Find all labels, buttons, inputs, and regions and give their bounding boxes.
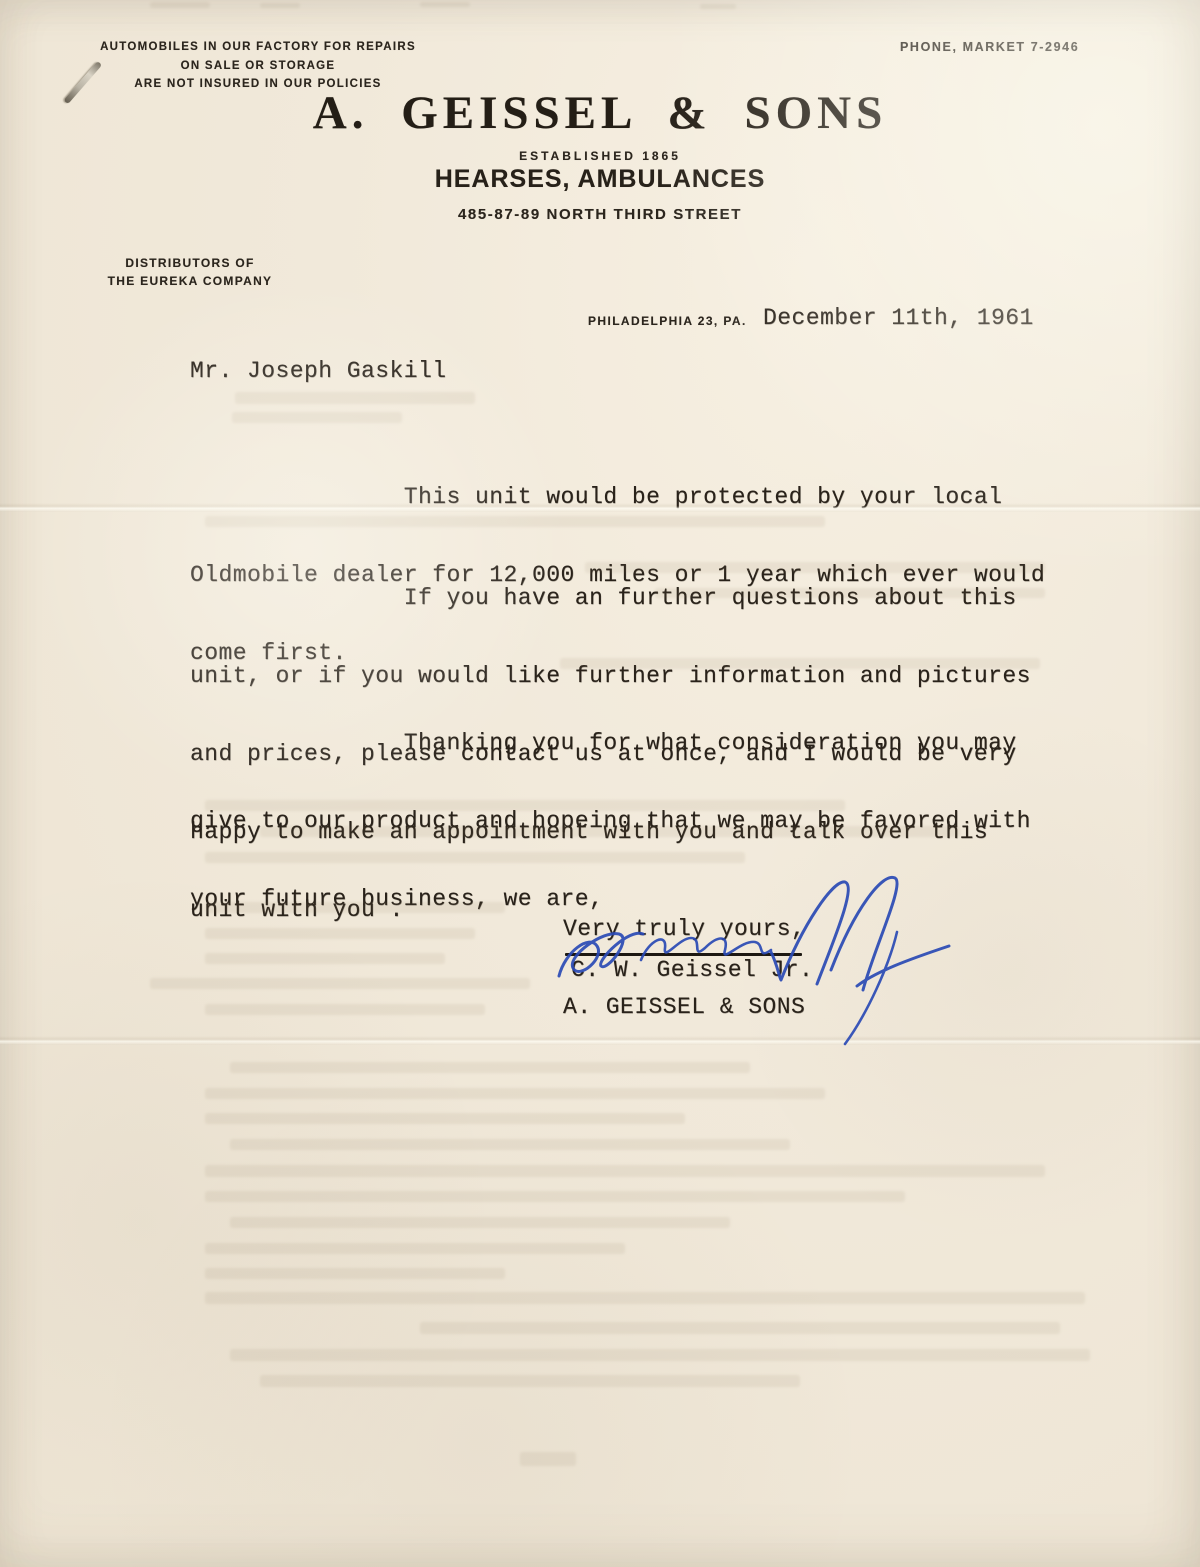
- bleed-through-mark: [230, 1349, 1090, 1361]
- bleed-through-mark: [520, 1452, 576, 1466]
- established-line: ESTABLISHED 1865: [0, 149, 1200, 163]
- phone-number: PHONE, MARKET 7-2946: [900, 40, 1079, 54]
- bleed-through-mark: [230, 1139, 790, 1150]
- letter-page: AUTOMOBILES IN OUR FACTORY FOR REPAIRS O…: [0, 0, 1200, 1567]
- bleed-through-mark: [205, 1088, 825, 1099]
- body-line: Thanking you for what consideration you …: [190, 730, 1031, 756]
- body-line: If you have an further questions about t…: [190, 585, 1031, 611]
- business-type-line: HEARSES, AMBULANCES: [0, 165, 1200, 194]
- distributor-line-2: THE EUREKA COMPANY: [95, 272, 285, 290]
- bleed-through-mark: [205, 1268, 505, 1279]
- bleed-through-mark: [205, 1004, 485, 1015]
- city-line: PHILADELPHIA 23, PA.: [588, 314, 747, 328]
- bleed-through-mark: [260, 3, 300, 8]
- insurance-notice-line-2: ON SALE OR STORAGE: [62, 57, 454, 76]
- distributor-line-1: DISTRIBUTORS OF: [95, 254, 285, 272]
- body-line: This unit would be protected by your loc…: [190, 484, 1045, 510]
- date-line: December 11th, 1961: [763, 305, 1034, 331]
- bleed-through-mark: [205, 1165, 1045, 1177]
- bleed-through-mark: [700, 4, 736, 9]
- bleed-through-mark: [260, 1375, 800, 1387]
- bleed-through-mark: [420, 1322, 1060, 1334]
- bleed-through-mark: [150, 978, 530, 989]
- bleed-through-mark: [205, 1292, 1085, 1304]
- recipient-name: Mr. Joseph Gaskill: [190, 358, 447, 384]
- bleed-through-mark: [205, 1243, 625, 1254]
- street-address: 485-87-89 NORTH THIRD STREET: [0, 206, 1200, 223]
- company-name: A. GEISSEL & SONS: [0, 86, 1200, 140]
- handwritten-signature: [545, 868, 965, 1048]
- insurance-notice-line-1: AUTOMOBILES IN OUR FACTORY FOR REPAIRS: [62, 38, 454, 57]
- bleed-through-mark: [205, 1191, 905, 1202]
- bleed-through-mark: [205, 1113, 685, 1124]
- bleed-through-mark: [420, 2, 470, 7]
- bleed-through-mark: [235, 392, 475, 404]
- body-line: give to our product and hopeing that we …: [190, 808, 1031, 834]
- bleed-through-mark: [150, 2, 210, 8]
- bleed-through-mark: [232, 412, 402, 423]
- distributor-note: DISTRIBUTORS OF THE EUREKA COMPANY: [95, 254, 285, 290]
- bleed-through-mark: [230, 1217, 730, 1228]
